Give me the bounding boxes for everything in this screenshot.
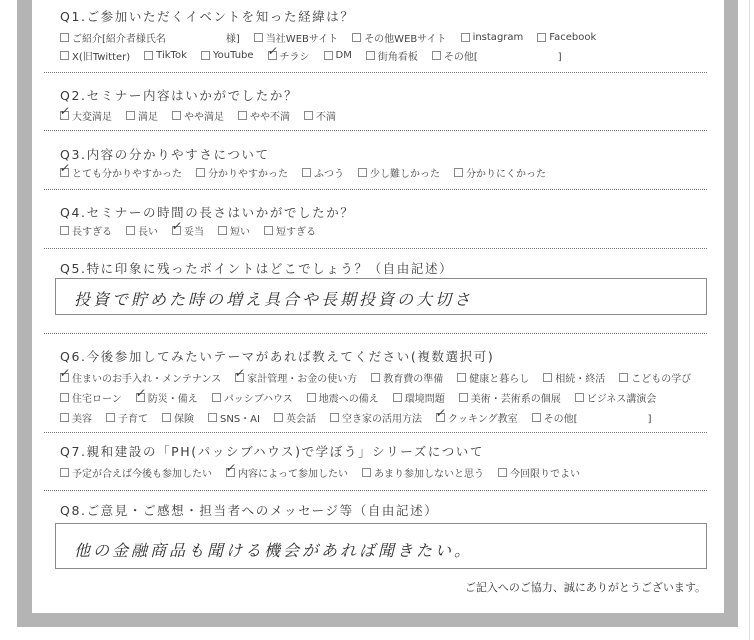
checkbox-icon[interactable] [362,468,371,477]
checkbox-icon[interactable] [60,393,69,402]
checkbox-label: 美容 [72,410,92,425]
checkbox-label: 予定が合えば今後も参加したい [72,465,212,480]
checkbox-label: 短い [230,223,250,238]
checkbox-icon[interactable] [498,468,507,477]
checkbox-label: DM [336,50,352,61]
checkbox-option[interactable]: ご紹介[紹介者様氏名 様] [60,30,240,45]
checkbox-label: ビジネス講演会 [587,390,657,405]
checkbox-label: こどもの学び [631,370,691,385]
checkbox-label: 健康と暮らし [469,370,529,385]
question-7-title: Q7.親和建設の「PH(パッシブハウス)で学ぼう」シリーズについて [60,442,484,460]
checkbox-label: SNS・AI [220,410,260,425]
checkbox-icon[interactable] [457,373,466,382]
checkbox-option[interactable]: 健康と暮らし [457,370,529,385]
checkbox-label: パッシブハウス [224,390,293,405]
checkbox-label: 子育て [118,410,148,425]
checkbox-option[interactable]: 環境問題 [393,390,445,405]
checkbox-option[interactable]: 今回限りでよい [498,465,580,480]
question-2-options: 大変満足満足やや満足やや不満不満 [60,108,350,123]
checkbox-icon[interactable] [162,413,171,422]
checkbox-icon[interactable] [619,373,628,382]
checkbox-label: instagram [473,32,524,43]
checkbox-option[interactable]: その他[ ] [532,410,652,425]
checkbox-icon[interactable] [218,226,227,235]
checkbox-option[interactable]: 満足 [126,108,158,123]
checkbox-option[interactable]: 分かりやすかった [196,165,288,180]
checkbox-label: 当社WEBサイト [266,30,338,45]
checkbox-label: 保険 [174,410,194,425]
checkbox-option[interactable]: 保険 [162,410,194,425]
checkbox-label: 少し難しかった [370,165,440,180]
checkbox-option[interactable]: やや満足 [172,108,224,123]
checkbox-option[interactable]: ビジネス講演会 [575,390,657,405]
checkbox-icon[interactable] [366,51,375,60]
checkbox-label: 住宅ローン [72,390,122,405]
checkbox-option[interactable]: 内容によって参加したい [226,465,348,480]
checkbox-option[interactable]: 短すぎる [264,223,316,238]
checkbox-option[interactable]: 美容 [60,410,92,425]
checkbox-option[interactable]: 街角看板 [366,48,418,63]
checkbox-icon[interactable] [126,111,135,120]
checkbox-option[interactable]: 住宅ローン [60,390,122,405]
checkbox-icon[interactable] [454,168,463,177]
question-8-answer-box[interactable]: 他の金融商品も聞ける機会があれば聞きたい。 [55,523,707,569]
checkbox-checked-icon[interactable] [60,373,69,382]
checkbox-icon[interactable] [324,51,333,60]
checkbox-icon[interactable] [60,468,69,477]
checkbox-icon[interactable] [358,168,367,177]
checkbox-option[interactable]: 美術・芸術系の個展 [459,390,561,405]
question-1-title: Q1.ご参加いただくイベントを知った経緯は？ [60,7,354,25]
checkbox-label: 不満 [316,108,336,123]
checkbox-option[interactable]: 大変満足 [60,108,112,123]
checkbox-option[interactable]: 予定が合えば今後も参加したい [60,465,212,480]
checkbox-option[interactable]: Facebook [537,30,596,45]
checkbox-label: 長すぎる [72,223,112,238]
question-3-title: Q3.内容の分かりやすさについて [60,145,270,163]
question-1-options-row-1: ご紹介[紹介者様氏名 様]当社WEBサイトその他WEBサイトinstagramF… [60,30,610,45]
divider [44,72,707,73]
checkbox-icon[interactable] [330,413,339,422]
checkbox-checked-icon[interactable] [226,468,235,477]
checkbox-label: 相続・終活 [555,370,605,385]
question-6-options-row-3: 美容子育て保険SNS・AI英会話空き家の活用方法クッキング教室その他[ ] [60,410,665,425]
checkbox-option[interactable]: とても分かりやすかった [60,165,182,180]
checkbox-label: その他WEBサイト [364,30,446,45]
checkbox-label: Facebook [549,32,596,43]
checkbox-icon[interactable] [393,393,402,402]
checkbox-checked-icon[interactable] [60,111,69,120]
checkbox-checked-icon[interactable] [436,413,445,422]
checkbox-option[interactable]: 少し難しかった [358,165,440,180]
checkbox-checked-icon[interactable] [172,226,181,235]
checkbox-label: クッキング教室 [448,410,518,425]
checkbox-icon[interactable] [575,393,584,402]
checkbox-option[interactable]: X(旧Twitter) [60,48,130,63]
checkbox-option[interactable]: TikTok [144,48,187,63]
question-6-options-row-2: 住宅ローン防災・備えパッシブハウス地震への備え環境問題美術・芸術系の個展ビジネス… [60,390,670,405]
checkbox-icon[interactable] [432,51,441,60]
checkbox-option[interactable]: YouTube [201,48,254,63]
checkbox-option[interactable]: チラシ [268,48,310,63]
checkbox-icon[interactable] [60,226,69,235]
divider [44,490,707,491]
scan-frame-bottom [17,613,738,627]
divider [44,130,707,131]
checkbox-icon[interactable] [264,226,273,235]
checkbox-checked-icon[interactable] [60,168,69,177]
checkbox-option[interactable]: 子育て [106,410,148,425]
checkbox-icon[interactable] [461,33,470,42]
checkbox-option[interactable]: 教育費の準備 [371,370,443,385]
checkbox-label: 分かりやすかった [208,165,288,180]
checkbox-icon[interactable] [532,413,541,422]
checkbox-checked-icon[interactable] [136,393,145,402]
checkbox-icon[interactable] [371,373,380,382]
question-8-answer-text: 他の金融商品も聞ける機会があれば聞きたい。 [74,538,473,561]
checkbox-label: 地震への備え [319,390,379,405]
checkbox-option[interactable]: その他[ ] [432,48,562,63]
checkbox-option[interactable]: あまり参加しないと思う [362,465,484,480]
checkbox-label: チラシ [280,48,310,63]
checkbox-label: ご紹介[紹介者様氏名 様] [72,30,240,45]
checkbox-option[interactable]: ふつう [302,165,344,180]
checkbox-label: 住まいのお手入れ・メンテナンス [72,370,221,385]
divider [44,432,707,433]
checkbox-label: 家計管理・お金の使い方 [247,370,357,385]
checkbox-label: 長い [138,223,158,238]
checkbox-option[interactable]: 地震への備え [307,390,379,405]
checkbox-icon[interactable] [537,33,546,42]
checkbox-label: その他[ ] [444,48,562,63]
checkbox-label: 今回限りでよい [510,465,580,480]
checkbox-icon[interactable] [212,393,221,402]
question-7-options: 予定が合えば今後も参加したい内容によって参加したいあまり参加しないと思う今回限り… [60,465,594,480]
checkbox-label: あまり参加しないと思う [374,465,484,480]
checkbox-icon[interactable] [304,111,313,120]
checkbox-option[interactable]: 短い [218,223,250,238]
checkbox-label: やや不満 [250,108,290,123]
question-1-options-row-2: X(旧Twitter)TikTokYouTubeチラシDM街角看板その他[ ] [60,48,576,63]
checkbox-icon[interactable] [307,393,316,402]
checkbox-option[interactable]: 空き家の活用方法 [330,410,422,425]
question-2-title: Q2.セミナー内容はいかがでしたか？ [60,86,298,104]
question-4-title: Q4.セミナーの時間の長さはいかがでしたか？ [60,203,354,221]
checkbox-option[interactable]: 長い [126,223,158,238]
checkbox-icon[interactable] [254,33,263,42]
checkbox-label: その他[ ] [544,410,652,425]
divider [44,333,707,334]
checkbox-option[interactable]: クッキング教室 [436,410,518,425]
checkbox-option[interactable]: 分かりにくかった [454,165,546,180]
scan-frame-right [724,0,738,627]
checkbox-icon[interactable] [60,413,69,422]
checkbox-label: 大変満足 [72,108,112,123]
checkbox-option[interactable]: 長すぎる [60,223,112,238]
checkbox-checked-icon[interactable] [268,51,277,60]
checkbox-icon[interactable] [172,111,181,120]
checkbox-label: 空き家の活用方法 [342,410,422,425]
question-4-options: 長すぎる長い妥当短い短すぎる [60,223,330,238]
checkbox-label: 防災・備え [148,390,198,405]
checkbox-label: 街角看板 [378,48,418,63]
checkbox-label: 美術・芸術系の個展 [471,390,561,405]
divider [44,189,707,190]
checkbox-option[interactable]: こどもの学び [619,370,691,385]
checkbox-label: やや満足 [184,108,224,123]
checkbox-icon[interactable] [126,226,135,235]
checkbox-option[interactable]: 英会話 [274,410,316,425]
question-3-options: とても分かりやすかった分かりやすかったふつう少し難しかった分かりにくかった [60,165,560,180]
checkbox-icon[interactable] [352,33,361,42]
checkbox-label: X(旧Twitter) [72,48,130,63]
question-6-title: Q6.今後参加してみたいテーマがあれば教えてください(複数選択可) [60,347,494,365]
checkbox-option[interactable]: 相続・終活 [543,370,605,385]
checkbox-option[interactable]: 妥当 [172,223,204,238]
checkbox-option[interactable]: SNS・AI [208,410,260,425]
checkbox-option[interactable]: 不満 [304,108,336,123]
checkbox-label: とても分かりやすかった [72,165,182,180]
checkbox-option[interactable]: 当社WEBサイト [254,30,338,45]
checkbox-icon[interactable] [201,51,210,60]
question-5-answer-box[interactable]: 投資で貯めた時の増え具合や長期投資の大切さ [55,278,707,315]
checkbox-option[interactable]: instagram [461,30,524,45]
footer-thanks: ご記入へのご協力、誠にありがとうございます。 [465,579,706,595]
checkbox-icon[interactable] [274,413,283,422]
checkbox-label: 満足 [138,108,158,123]
divider [44,248,707,249]
scan-frame-left [17,0,32,627]
question-8-title: Q8.ご意見・ご感想・担当者へのメッセージ等（自由記述） [60,501,438,519]
question-6-options-row-1: 住まいのお手入れ・メンテナンス家計管理・お金の使い方教育費の準備健康と暮らし相続… [60,370,705,385]
question-5-answer-text: 投資で貯めた時の増え具合や長期投資の大切さ [74,287,473,310]
checkbox-option[interactable]: その他WEBサイト [352,30,446,45]
checkbox-label: ふつう [314,165,344,180]
checkbox-option[interactable]: やや不満 [238,108,290,123]
checkbox-icon[interactable] [543,373,552,382]
checkbox-option[interactable]: 家計管理・お金の使い方 [235,370,357,385]
checkbox-option[interactable]: DM [324,48,352,63]
question-5-title: Q5.特に印象に残ったポイントはどこでしょう？（自由記述） [60,259,453,277]
checkbox-label: 環境問題 [405,390,445,405]
checkbox-option[interactable]: 防災・備え [136,390,198,405]
checkbox-icon[interactable] [302,168,311,177]
checkbox-icon[interactable] [208,413,217,422]
checkbox-icon[interactable] [196,168,205,177]
checkbox-option[interactable]: 住まいのお手入れ・メンテナンス [60,370,221,385]
checkbox-option[interactable]: パッシブハウス [212,390,293,405]
page-edge [749,0,750,640]
checkbox-icon[interactable] [459,393,468,402]
checkbox-icon[interactable] [144,51,153,60]
checkbox-label: 内容によって参加したい [238,465,348,480]
checkbox-label: 分かりにくかった [466,165,546,180]
checkbox-icon[interactable] [60,33,69,42]
checkbox-label: TikTok [156,50,187,61]
checkbox-label: 英会話 [286,410,316,425]
checkbox-label: 教育費の準備 [383,370,443,385]
checkbox-label: YouTube [213,50,254,61]
checkbox-label: 妥当 [184,223,204,238]
checkbox-icon[interactable] [238,111,247,120]
checkbox-checked-icon[interactable] [235,373,244,382]
checkbox-icon[interactable] [60,51,69,60]
checkbox-icon[interactable] [106,413,115,422]
checkbox-label: 短すぎる [276,223,316,238]
